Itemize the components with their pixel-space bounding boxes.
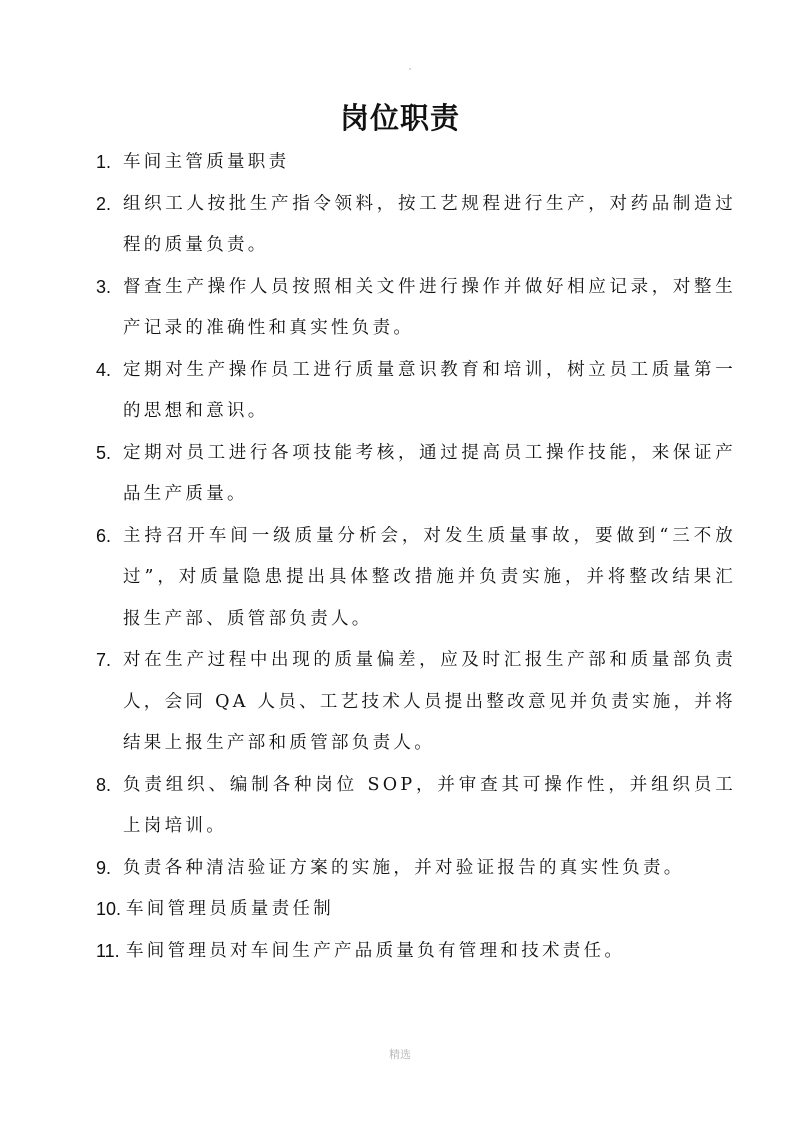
item-number: 10. (96, 889, 126, 931)
item-number: 4. (96, 350, 123, 433)
item-text: 主持召开车间一级质量分析会，对发生质量事故，要做到“三不放过”，对质量隐患提出具… (123, 516, 736, 641)
item-text: 负责各种清洁验证方案的实施，并对验证报告的真实性负责。 (123, 848, 736, 890)
list-item: 4.定期对生产操作员工进行质量意识教育和培训，树立员工质量第一的思想和意识。 (96, 350, 736, 433)
item-text: 督查生产操作人员按照相关文件进行操作并做好相应记录，对整生产记录的准确性和真实性… (123, 267, 736, 350)
item-number: 8. (96, 765, 123, 848)
item-text: 定期对员工进行各项技能考核，通过提高员工操作技能，来保证产品生产质量。 (123, 433, 736, 516)
list-item: 1.车间主管质量职责 (96, 142, 736, 184)
item-text: 车间管理员质量责任制 (126, 889, 736, 931)
item-text: 负责组织、编制各种岗位 SOP，并审查其可操作性，并组织员工上岗培训。 (123, 765, 736, 848)
item-text: 对在生产过程中出现的质量偏差，应及时汇报生产部和质量部负责人，会同 QA 人员、… (123, 640, 736, 765)
document-title: 岗位职责 (0, 96, 800, 137)
item-number: 9. (96, 848, 123, 890)
item-number: 5. (96, 433, 123, 516)
list-item: 2.组织工人按批生产指令领料，按工艺规程进行生产，对药品制造过程的质量负责。 (96, 184, 736, 267)
item-text: 组织工人按批生产指令领料，按工艺规程进行生产，对药品制造过程的质量负责。 (123, 184, 736, 267)
item-text: 车间主管质量职责 (123, 142, 736, 184)
item-number: 6. (96, 516, 123, 641)
list-item: 3.督查生产操作人员按照相关文件进行操作并做好相应记录，对整生产记录的准确性和真… (96, 267, 736, 350)
item-number: 1. (96, 142, 123, 184)
item-number: 2. (96, 184, 123, 267)
item-number: 3. (96, 267, 123, 350)
list-item: 6.主持召开车间一级质量分析会，对发生质量事故，要做到“三不放过”，对质量隐患提… (96, 516, 736, 641)
list-item: 10.车间管理员质量责任制 (96, 889, 736, 931)
list-item: 5.定期对员工进行各项技能考核，通过提高员工操作技能，来保证产品生产质量。 (96, 433, 736, 516)
list-item: 11.车间管理员对车间生产产品质量负有管理和技术责任。 (96, 931, 736, 973)
page-footer: 精选 (0, 1046, 800, 1062)
list-item: 9.负责各种清洁验证方案的实施，并对验证报告的真实性负责。 (96, 848, 736, 890)
item-number: 7. (96, 640, 123, 765)
list-item: 8.负责组织、编制各种岗位 SOP，并审查其可操作性，并组织员工上岗培训。 (96, 765, 736, 848)
responsibility-list: 1.车间主管质量职责 2.组织工人按批生产指令领料，按工艺规程进行生产，对药品制… (96, 142, 736, 972)
item-text: 车间管理员对车间生产产品质量负有管理和技术责任。 (126, 931, 736, 973)
list-item: 7.对在生产过程中出现的质量偏差，应及时汇报生产部和质量部负责人，会同 QA 人… (96, 640, 736, 765)
page-mark (409, 68, 411, 70)
item-number: 11. (96, 931, 126, 973)
item-text: 定期对生产操作员工进行质量意识教育和培训，树立员工质量第一的思想和意识。 (123, 350, 736, 433)
